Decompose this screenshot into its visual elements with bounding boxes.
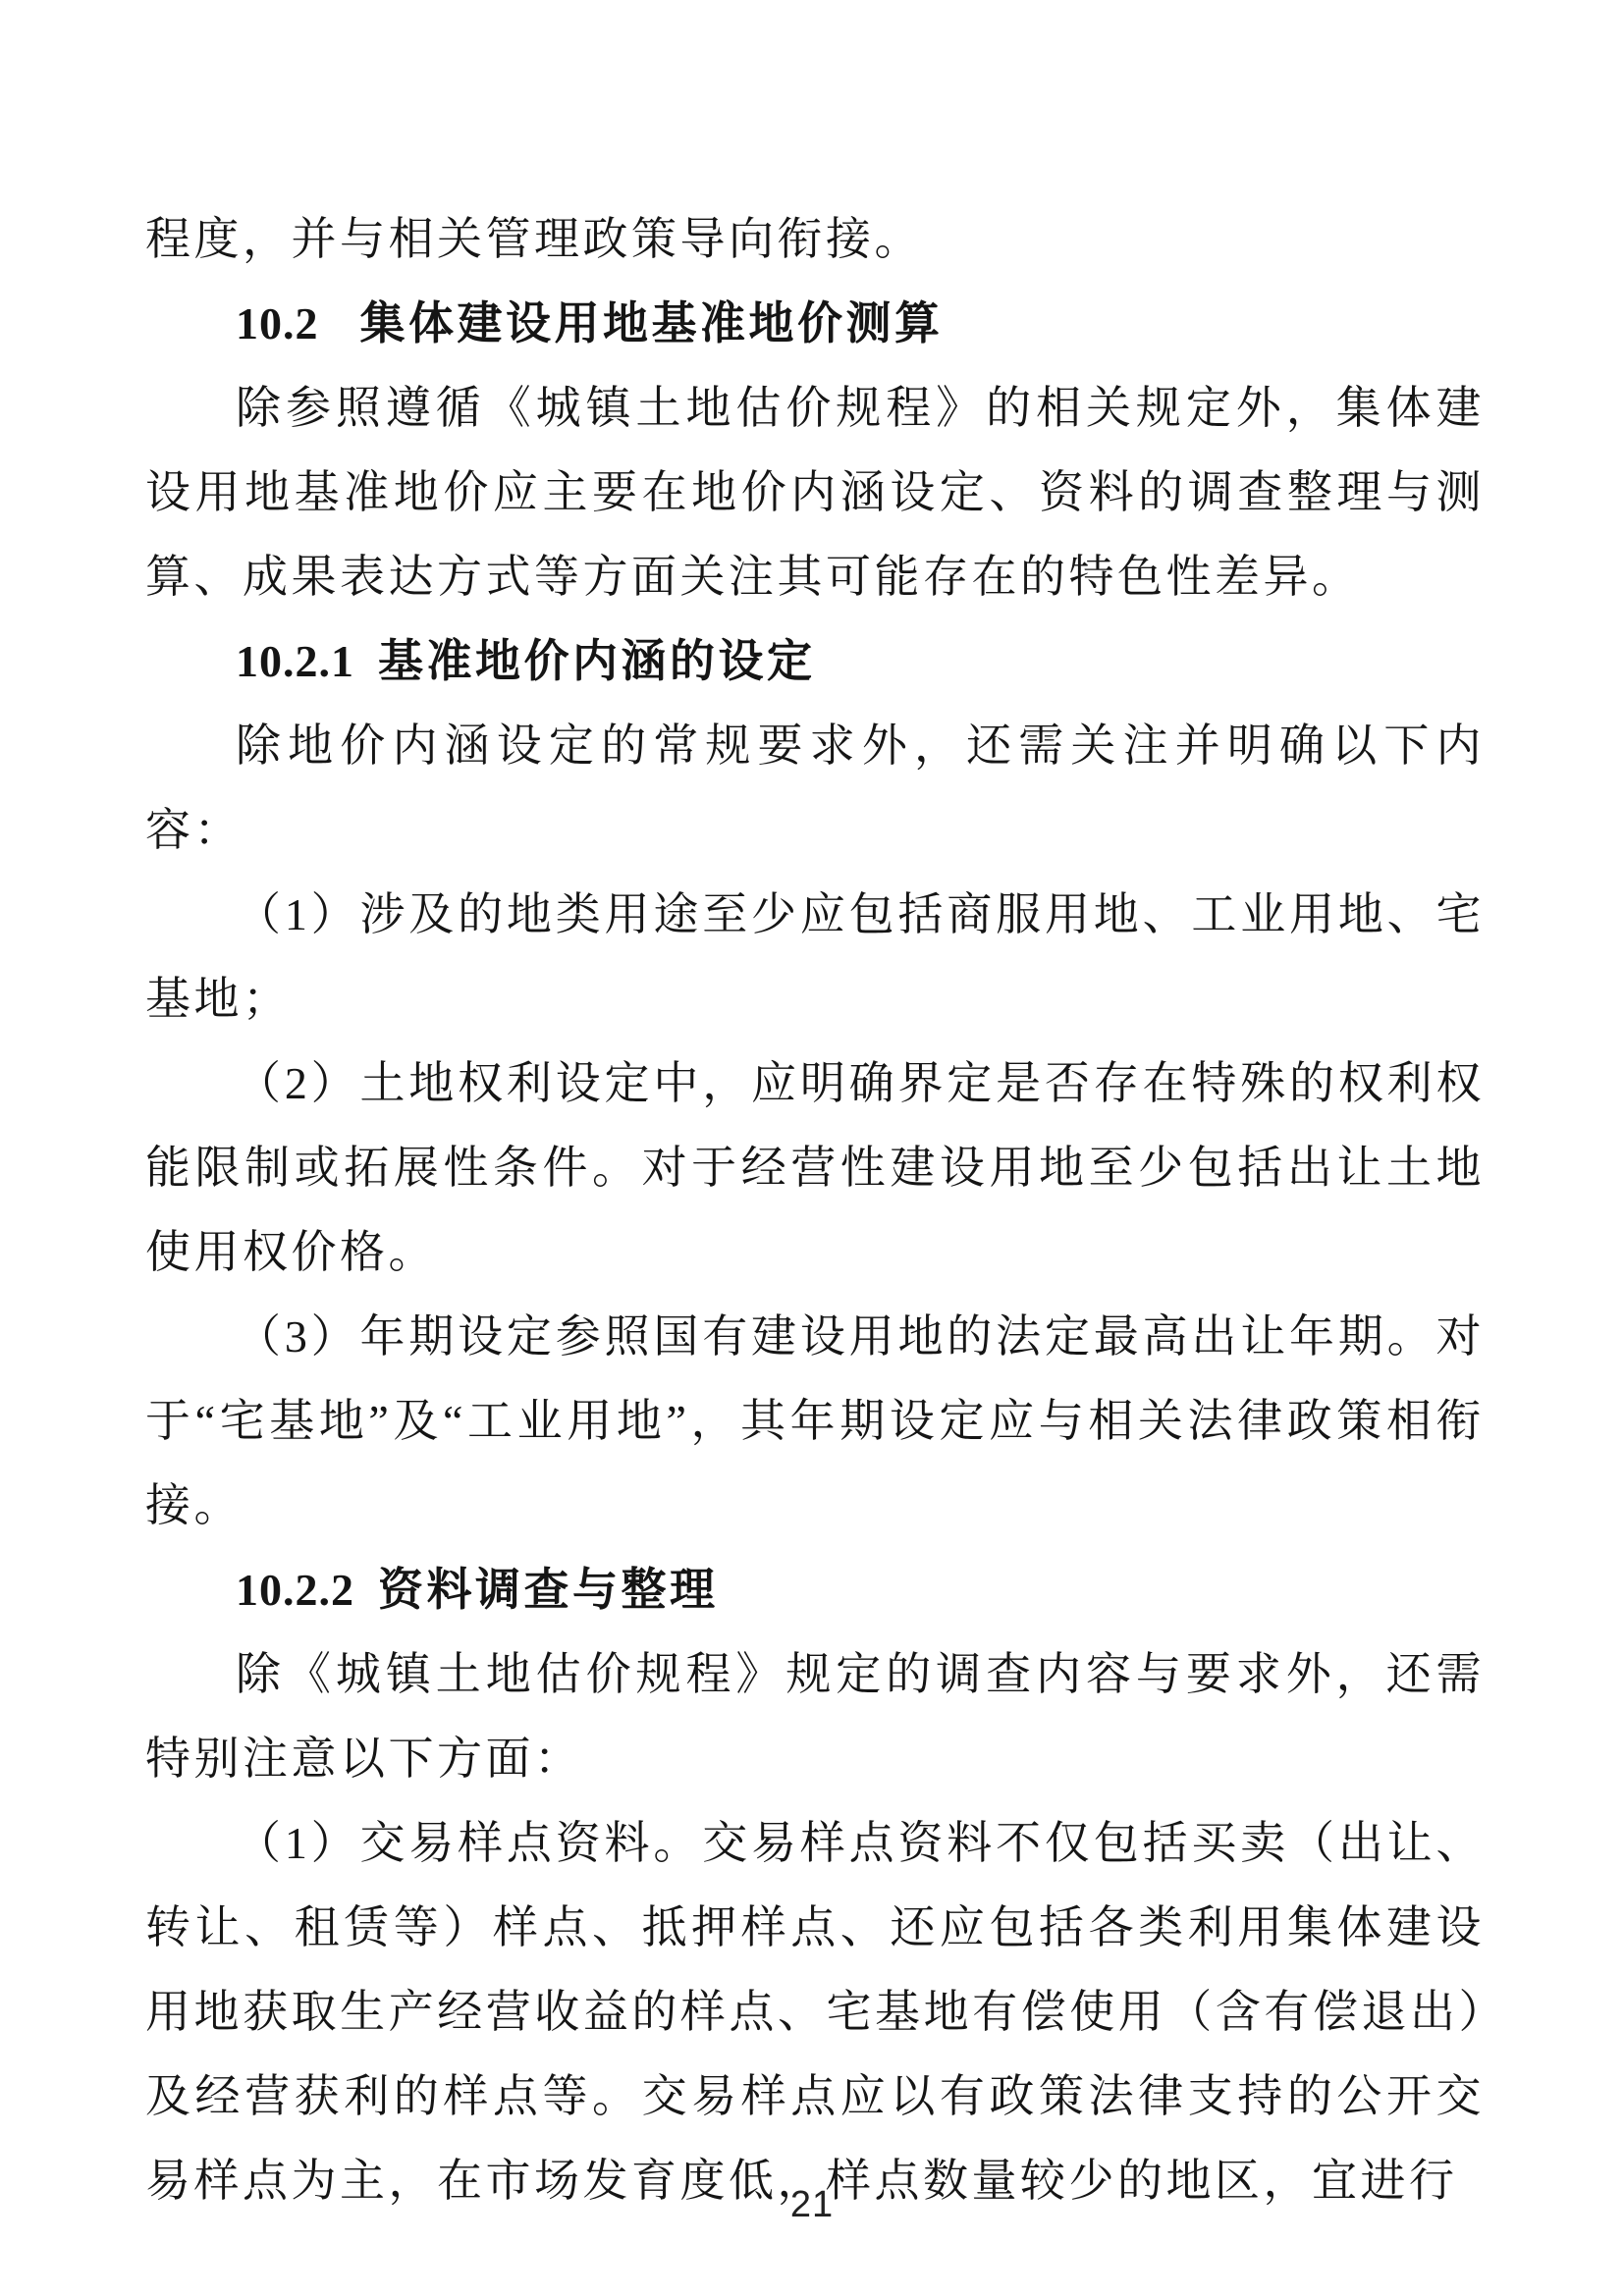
- heading-title: 基准地价内涵的设定: [378, 636, 816, 686]
- page-number: 21: [790, 2184, 834, 2225]
- paragraph-item-1-materials: （1）交易样点资料。交易样点资料不仅包括买卖（出让、转让、租赁等）样点、抵押样点…: [145, 1801, 1485, 2223]
- heading-number: 10.2.2: [236, 1565, 354, 1615]
- paragraph-item-2: （2）土地权利设定中，应明确界定是否存在特殊的权利权能限制或拓展性条件。对于经营…: [145, 1041, 1485, 1295]
- heading-number: 10.2: [236, 298, 319, 348]
- paragraph-continuation: 程度，并与相关管理政策导向衔接。: [145, 197, 1485, 282]
- section-heading-10-2: 10.2集体建设用地基准地价测算: [145, 282, 1485, 366]
- paragraph-item-3: （3）年期设定参照国有建设用地的法定最高出让年期。对于“宅基地”及“工业用地”，…: [145, 1295, 1485, 1548]
- heading-title: 集体建设用地基准地价测算: [360, 298, 944, 348]
- section-heading-10-2-2: 10.2.2资料调查与整理: [145, 1548, 1485, 1632]
- heading-title: 资料调查与整理: [378, 1565, 719, 1615]
- page-footer: 21: [0, 2183, 1624, 2226]
- section-heading-10-2-1: 10.2.1基准地价内涵的设定: [145, 619, 1485, 704]
- paragraph-item-1: （1）涉及的地类用途至少应包括商服用地、工业用地、宅基地；: [145, 873, 1485, 1041]
- paragraph: 除地价内涵设定的常规要求外，还需关注并明确以下内容：: [145, 704, 1485, 873]
- document-body: 程度，并与相关管理政策导向衔接。 10.2集体建设用地基准地价测算 除参照遵循《…: [145, 197, 1485, 2223]
- paragraph: 除《城镇土地估价规程》规定的调查内容与要求外，还需特别注意以下方面：: [145, 1632, 1485, 1801]
- heading-number: 10.2.1: [236, 636, 354, 686]
- document-page: 程度，并与相关管理政策导向衔接。 10.2集体建设用地基准地价测算 除参照遵循《…: [0, 0, 1624, 2296]
- paragraph: 除参照遵循《城镇土地估价规程》的相关规定外，集体建设用地基准地价应主要在地价内涵…: [145, 366, 1485, 619]
